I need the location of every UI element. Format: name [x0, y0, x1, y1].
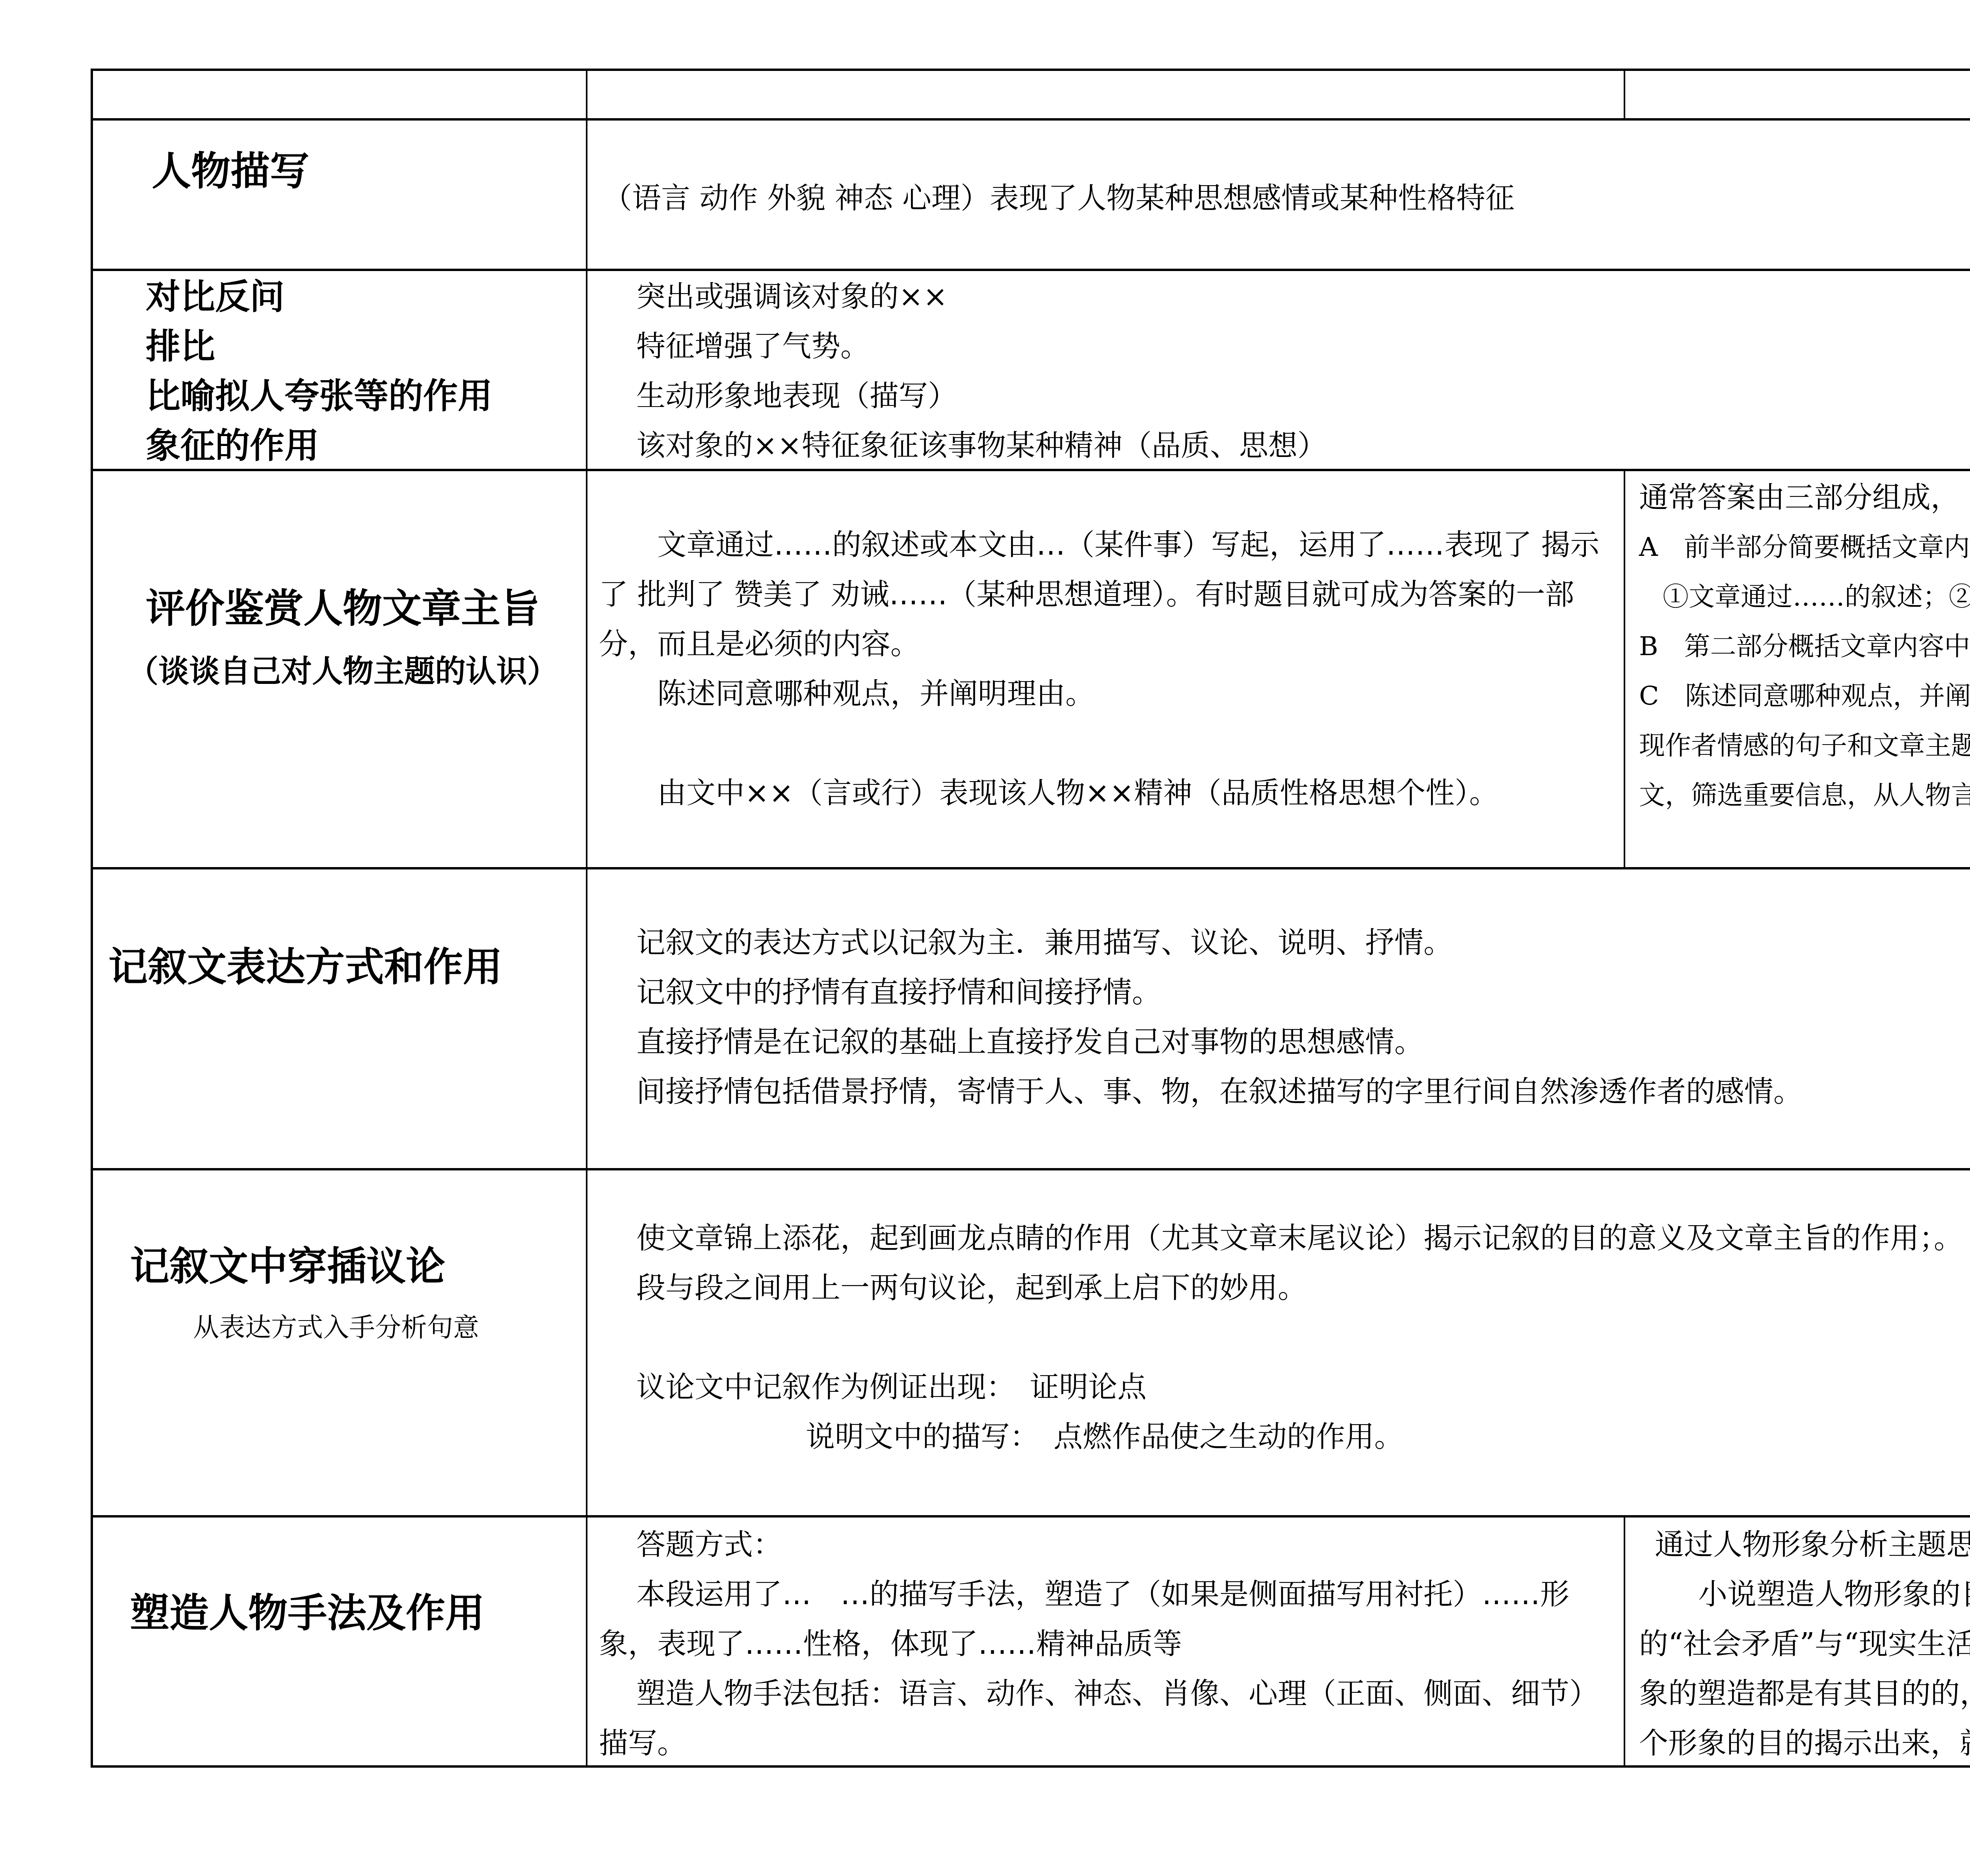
row-notes-theme-appraisal: 通常答案由三部分组成， A 前半部分简要概括文章内容 ①文章通过……的叙述；②本… [1639, 473, 1970, 820]
note-line: B 第二部分概括文章内容中蕴含着的思想意义： [1639, 622, 1970, 671]
content-line: 生动形象地表现（描写） [636, 371, 1327, 421]
rhetoric-label: 对比反问 [146, 272, 492, 321]
row-label-character-description: 人物描写 [152, 146, 309, 197]
column-divider [1624, 470, 1625, 869]
content-paragraph: 本段运用了… …的描写手法，塑造了（如果是侧面描写用衬托）……形象，表现了……性… [599, 1570, 1611, 1669]
row-label-narrative-argument: 记叙文中穿插议论 从表达方式入手分析句意 [130, 1241, 479, 1347]
row-content-narrative-argument: 使文章锦上添花，起到画龙点睛的作用（尤其文章末尾议论）揭示记叙的目的意义及文章主… [636, 1213, 1963, 1462]
column-divider [1624, 69, 1625, 120]
note-heading: 通过人物形象分析主题思想 [1639, 1520, 1970, 1570]
content-paragraph: 答题方式： [599, 1520, 1611, 1570]
note-paragraph: 小说塑造人物形象的目的在于揭示社会矛盾，反映现实生活，这里的“社会矛盾”与“现实… [1639, 1570, 1970, 1768]
row-divider [91, 1168, 1970, 1170]
column-divider [586, 69, 587, 1768]
row-content-rhetoric: 突出或强调该对象的×× 特征增强了气势。 生动形象地表现（描写） 该对象的××特… [636, 272, 1327, 470]
row-label-text: 评价鉴赏人物文章主旨 [106, 583, 579, 634]
row-sublabel-text: （谈谈自己对人物主题的认识） [106, 650, 579, 693]
row-label-theme-appraisal: 评价鉴赏人物文章主旨 （谈谈自己对人物主题的认识） [106, 583, 579, 693]
note-line: 通常答案由三部分组成， [1639, 473, 1970, 522]
rhetoric-label: 比喻拟人夸张等的作用 [146, 371, 492, 421]
row-label-narrative-expression: 记叙文表达方式和作用 [108, 942, 502, 993]
content-paragraph: 文章通过……的叙述或本文由…（某件事）写起，运用了……表现了 揭示了 批判了 赞… [599, 520, 1611, 669]
row-notes-characterization: 通过人物形象分析主题思想 小说塑造人物形象的目的在于揭示社会矛盾，反映现实生活，… [1639, 1520, 1970, 1768]
content-line: 说明文中的描写： 点燃作品使之生动的作用。 [636, 1412, 1963, 1462]
row-content-characterization: 答题方式： 本段运用了… …的描写手法，塑造了（如果是侧面描写用衬托）……形象，… [599, 1520, 1611, 1768]
row-content-character-description: （语言 动作 外貌 神态 心理）表现了人物某种思想感情或某种性格特征 [603, 173, 1515, 223]
row-labels-rhetoric: 对比反问 排比 比喻拟人夸张等的作用 象征的作用 [146, 272, 492, 470]
content-paragraph: 塑造人物手法包括：语言、动作、神态、肖像、心理（正面、侧面、细节）描写。 [599, 1669, 1611, 1768]
row-content-theme-appraisal: 文章通过……的叙述或本文由…（某件事）写起，运用了……表现了 揭示了 批判了 赞… [599, 520, 1611, 818]
content-line: 记叙文中的抒情有直接抒情和间接抒情。 [636, 968, 1803, 1017]
row-content-narrative-expression: 记叙文的表达方式以记叙为主．兼用描写、议论、说明、抒情。 记叙文中的抒情有直接抒… [636, 918, 1803, 1116]
row-label-text: 记叙文中穿插议论 [130, 1241, 479, 1292]
content-line: 该对象的××特征象征该事物某种精神（品质、思想） [636, 421, 1327, 470]
rhetoric-label: 排比 [146, 321, 492, 371]
row-divider [91, 1515, 1970, 1518]
row-label-text: 人物描写 [152, 146, 309, 197]
row-divider [91, 118, 1970, 121]
note-line: C 陈述同意哪种观点，并阐明理由。在整体感知文本的基础上，找出文中能表现作者情感… [1639, 671, 1970, 820]
content-line: 使文章锦上添花，起到画龙点睛的作用（尤其文章末尾议论）揭示记叙的目的意义及文章主… [636, 1213, 1963, 1263]
note-line: A 前半部分简要概括文章内容 [1639, 522, 1970, 572]
content-line: 突出或强调该对象的×× [636, 272, 1327, 321]
row-sublabel-text: 从表达方式入手分析句意 [130, 1308, 479, 1347]
content-line: 记叙文的表达方式以记叙为主．兼用描写、议论、说明、抒情。 [636, 918, 1803, 968]
row-label-characterization: 塑造人物手法及作用 [130, 1588, 485, 1639]
row-divider [91, 867, 1970, 869]
rhetoric-label: 象征的作用 [146, 421, 492, 470]
column-divider [1624, 1517, 1625, 1768]
content-line: （语言 动作 外貌 神态 心理）表现了人物某种思想感情或某种性格特征 [603, 173, 1515, 223]
content-line: 段与段之间用上一两句议论，起到承上启下的妙用。 [636, 1263, 1963, 1313]
note-line: ①文章通过……的叙述；②本文由…（某件事）写起，运用了……。 [1639, 572, 1970, 622]
content-line: 间接抒情包括借景抒情，寄情于人、事、物，在叙述描写的字里行间自然渗透作者的感情。 [636, 1067, 1803, 1116]
row-label-text: 记叙文表达方式和作用 [108, 942, 502, 993]
content-line: 议论文中记叙作为例证出现： 证明论点 [636, 1362, 1963, 1412]
blank-line [636, 1313, 1963, 1362]
content-paragraph: 陈述同意哪种观点，并阐明理由。 [599, 669, 1611, 719]
content-line: 特征增强了气势。 [636, 321, 1327, 371]
row-divider [91, 269, 1970, 271]
content-line: 直接抒情是在记叙的基础上直接抒发自己对事物的思想感情。 [636, 1017, 1803, 1067]
content-paragraph: 由文中××（言或行）表现该人物××精神（品质性格思想个性）。 [599, 768, 1611, 818]
row-label-text: 塑造人物手法及作用 [130, 1588, 485, 1639]
